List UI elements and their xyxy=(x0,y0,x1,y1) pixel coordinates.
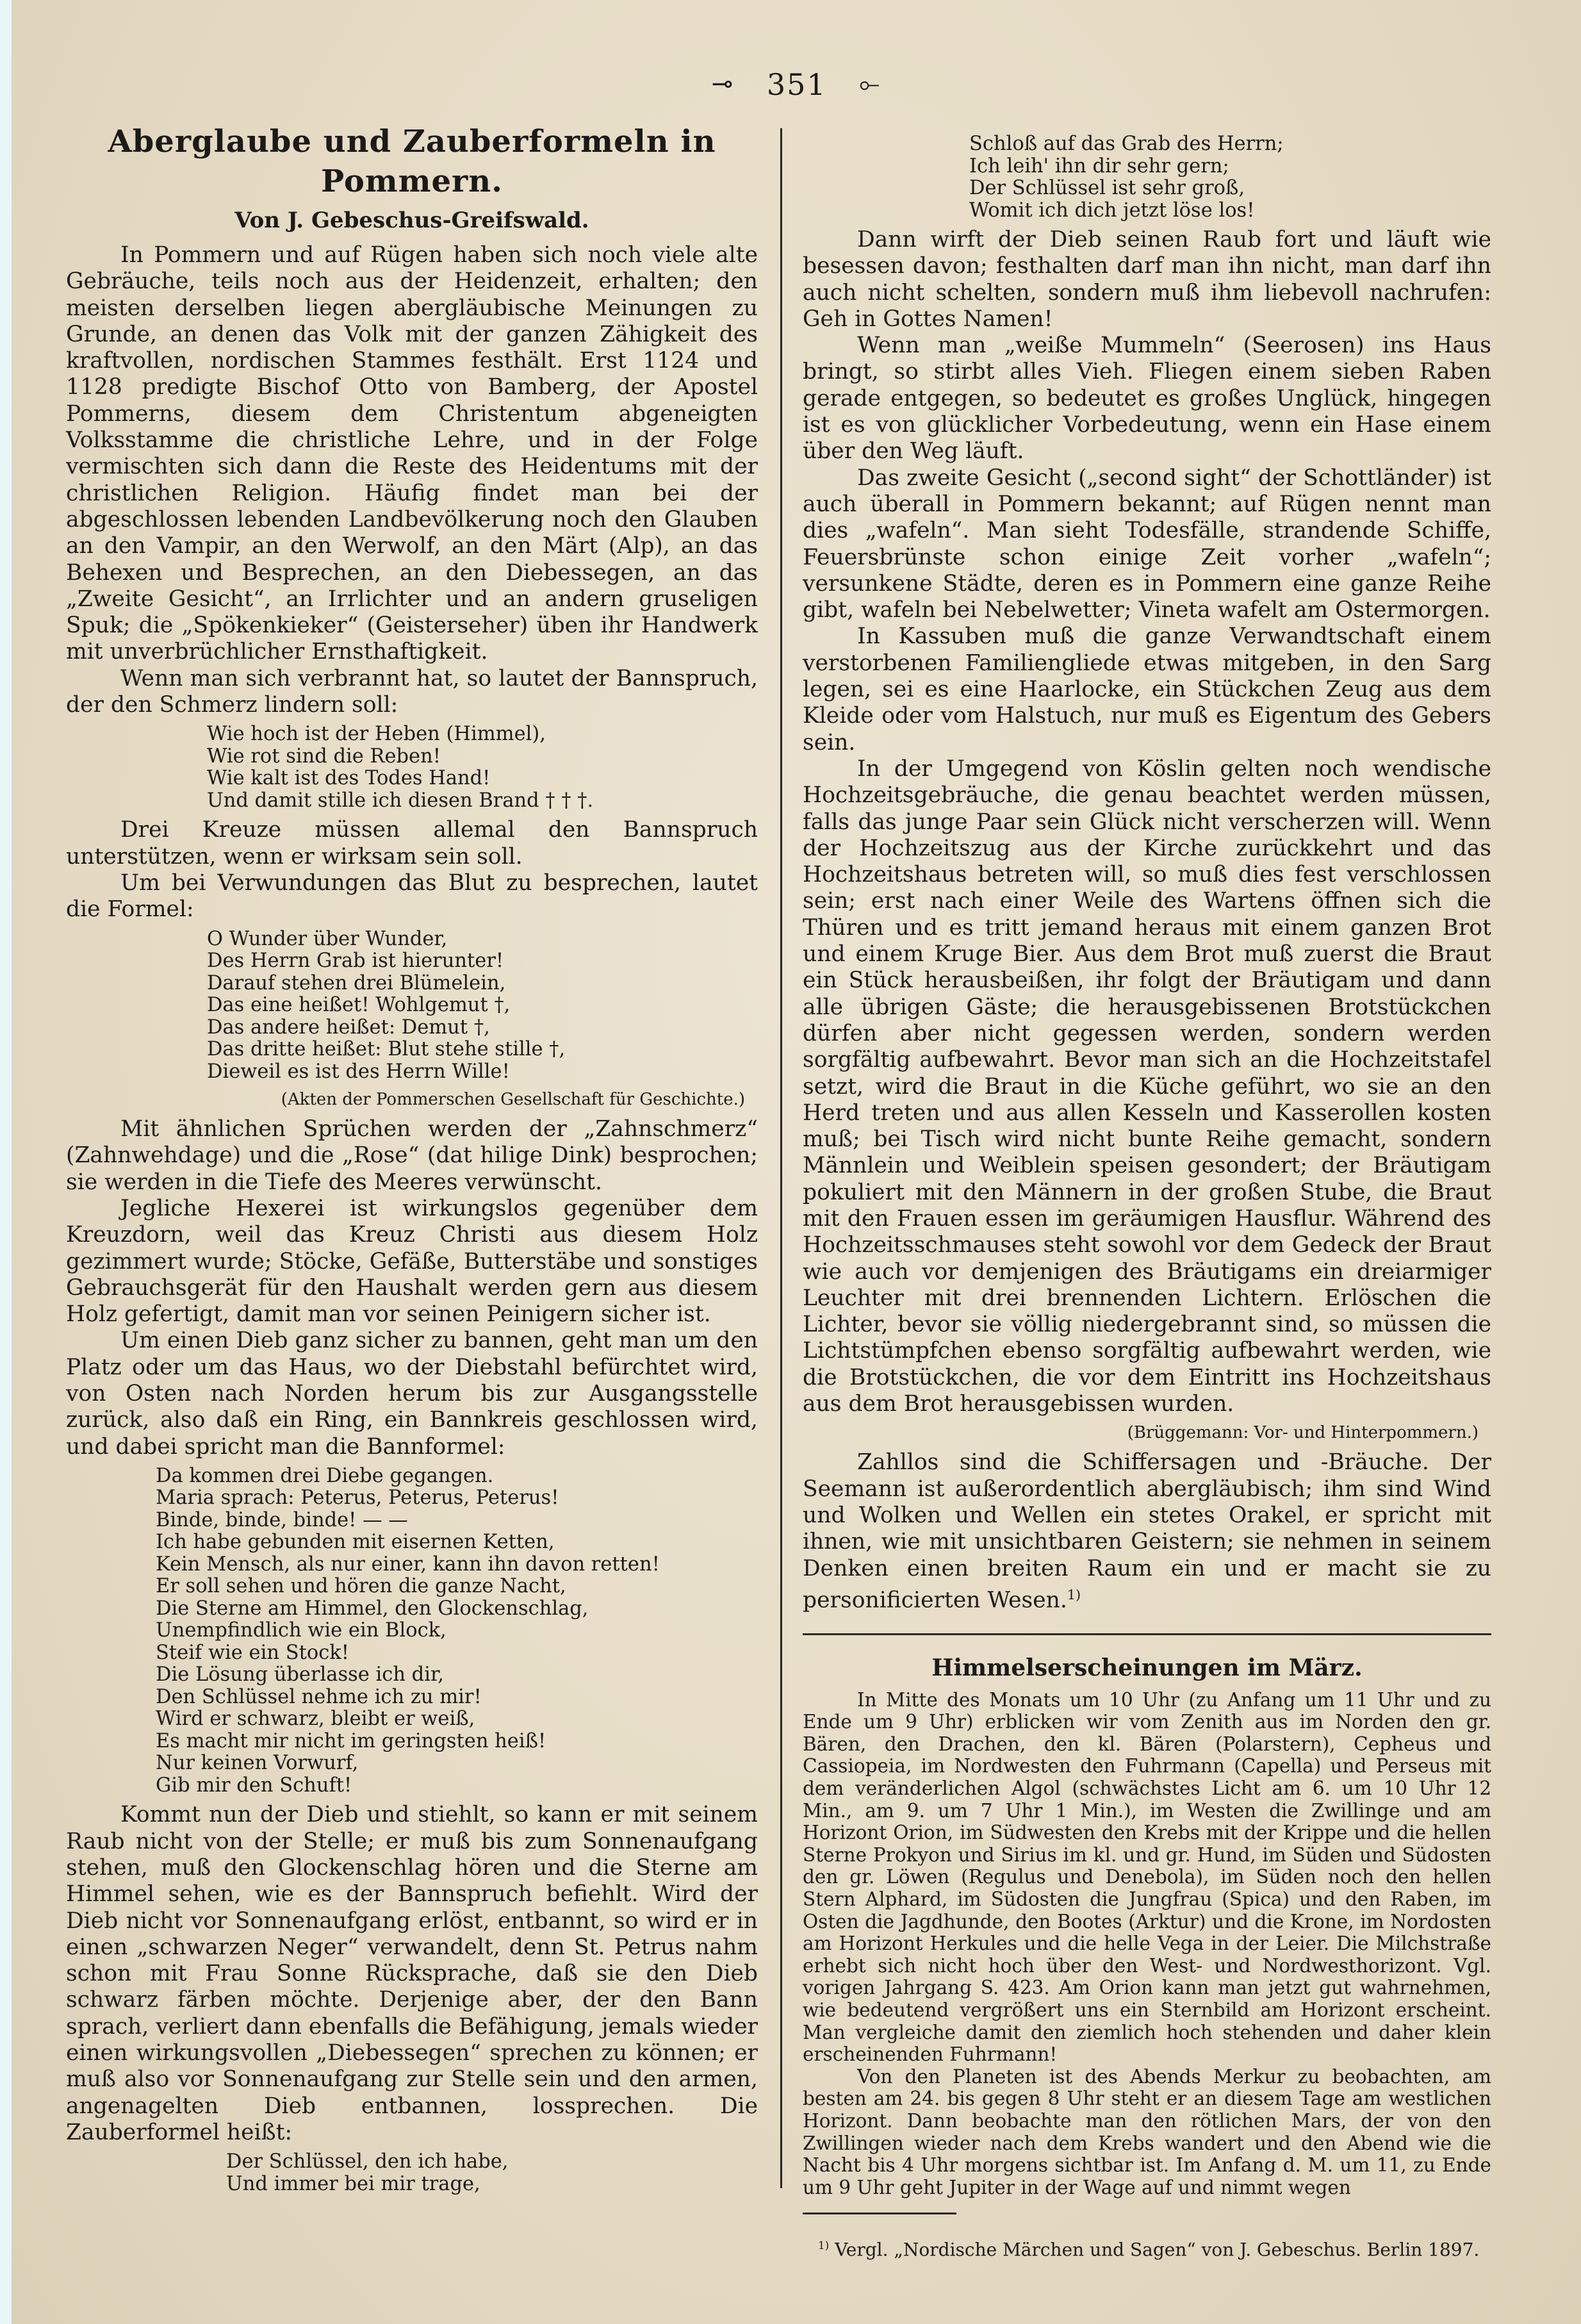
paragraph: Um einen Dieb ganz sicher zu bannen, geh… xyxy=(66,1328,758,1460)
verse-line: Wie kalt ist des Todes Hand! xyxy=(207,768,758,790)
paragraph: Mit ähnlichen Sprüchen werden der „Zahns… xyxy=(66,1116,758,1196)
article-title: Aberglaube und Zauberformeln in Pommern. xyxy=(66,122,758,201)
verse-line: Das andere heißet: Demut †, xyxy=(207,1017,758,1039)
section-divider xyxy=(803,1633,1491,1635)
verse-line: Womit ich dich jetzt löse los! xyxy=(969,200,1491,222)
newspaper-page: ⊸ 351 ⟜ Aberglaube und Zauberformeln in … xyxy=(12,0,1581,2324)
paragraph: Wenn man „weiße Mummeln“ (Seerosen) ins … xyxy=(803,333,1491,465)
verse-line: Maria sprach: Peterus, Peterus, Peterus! xyxy=(156,1487,758,1510)
page-header: ⊸ 351 ⟜ xyxy=(12,67,1581,102)
column-divider xyxy=(780,128,782,2188)
verse-line: Die Lösung überlasse ich dir, xyxy=(156,1664,758,1686)
verse-line: Und damit stille ich diesen Brand † † †. xyxy=(207,790,758,812)
section-title: Himmelserscheinungen im März. xyxy=(803,1653,1491,1683)
paragraph: Um bei Verwundungen das Blut zu besprech… xyxy=(66,870,758,923)
verse-line: O Wunder über Wunder, xyxy=(207,928,758,951)
paragraph: Jegliche Hexerei ist wirkungslos gegenüb… xyxy=(66,1196,758,1328)
verse-line: Er soll sehen und hören die ganze Nacht, xyxy=(156,1576,758,1598)
source-citation: (Akten der Pommerschen Gesellschaft für … xyxy=(66,1088,745,1111)
paragraph: Dann wirft der Dieb seinen Raub fort und… xyxy=(803,227,1491,333)
verse-line: Den Schlüssel nehme ich zu mir! xyxy=(156,1686,758,1709)
verse-line: Der Schlüssel, den ich habe, xyxy=(226,2151,758,2173)
verse-line: Es macht mir nicht im geringsten heiß! xyxy=(156,1731,758,1753)
ornament-right-icon: ⟜ xyxy=(859,69,881,99)
verse-line: Das eine heißet! Wohlgemut †, xyxy=(207,994,758,1017)
verse-line: Da kommen drei Diebe gegangen. xyxy=(156,1465,758,1488)
paragraph: Von den Planeten ist des Abends Merkur z… xyxy=(803,2066,1491,2199)
verse-line: Steif wie ein Stock! xyxy=(156,1642,758,1665)
footnote-text: Vergl. „Nordische Märchen und Sagen“ von… xyxy=(835,2239,1479,2261)
paragraph: Drei Kreuze müssen allemal den Bannspruc… xyxy=(66,817,758,870)
left-column: Aberglaube und Zauberformeln in Pommern.… xyxy=(66,122,758,2200)
footnote-reference[interactable]: 1) xyxy=(1067,1587,1081,1603)
footnote-divider xyxy=(803,2213,956,2214)
right-column: Schloß auf das Grab des Herrn; Ich leih'… xyxy=(803,133,1491,2262)
verse-thief-charm: Da kommen drei Diebe gegangen. Maria spr… xyxy=(66,1465,758,1797)
source-citation: (Brüggemann: Vor- und Hinterpommern.) xyxy=(803,1421,1479,1444)
verse-blood-charm: O Wunder über Wunder, Des Herrn Grab ist… xyxy=(66,928,758,1084)
verse-line: Die Sterne am Himmel, den Glockenschlag, xyxy=(156,1598,758,1620)
footnote-mark: 1) xyxy=(818,2239,829,2252)
verse-line: Ich habe gebunden mit eisernen Ketten, xyxy=(156,1531,758,1554)
verse-line: Wie hoch ist der Heben (Himmel), xyxy=(207,723,758,746)
paragraph: Das zweite Gesicht („second sight“ der S… xyxy=(803,465,1491,624)
verse-line: Darauf stehen drei Blümelein, xyxy=(207,973,758,995)
paragraph: Wenn man sich verbrannt hat, so lautet d… xyxy=(66,666,758,719)
page-number: 351 xyxy=(767,67,827,102)
footnote: 1) Vergl. „Nordische Märchen und Sagen“ … xyxy=(803,2234,1491,2261)
verse-line: Des Herrn Grab ist hierunter! xyxy=(207,950,758,973)
verse-line: Schloß auf das Grab des Herrn; xyxy=(969,133,1491,156)
paragraph: In Mitte des Monats um 10 Uhr (zu Anfang… xyxy=(803,1689,1491,2066)
paragraph: In der Umgegend von Köslin gelten noch w… xyxy=(803,756,1491,1417)
ornament-left-icon: ⊸ xyxy=(712,69,735,99)
article-byline: Von J. Gebeschus-Greifswald. xyxy=(66,208,758,233)
paragraph: Kommt nun der Dieb und stiehlt, so kann … xyxy=(66,1802,758,2146)
verse-line: Nur keinen Vorwurf, xyxy=(156,1752,758,1775)
verse-line: Binde, binde, binde! — — xyxy=(156,1510,758,1532)
verse-line: Das dritte heißet: Blut stehe stille †, xyxy=(207,1039,758,1061)
verse-line: Gib mir den Schuft! xyxy=(156,1775,758,1797)
verse-burn-charm: Wie hoch ist der Heben (Himmel), Wie rot… xyxy=(66,723,758,812)
paragraph: In Kassuben muß die ganze Verwandtschaft… xyxy=(803,623,1491,755)
verse-line: Der Schlüssel ist sehr groß, xyxy=(969,177,1491,200)
verse-line: Kein Mensch, als nur einer, kann ihn dav… xyxy=(156,1554,758,1576)
verse-line: Dieweil es ist des Herrn Wille! xyxy=(207,1061,758,1084)
verse-key-charm-continued: Schloß auf das Grab des Herrn; Ich leih'… xyxy=(803,133,1491,222)
paragraph: Zahllos sind die Schiffersagen und -Bräu… xyxy=(803,1449,1491,1613)
verse-line: Unempfindlich wie ein Block, xyxy=(156,1620,758,1642)
verse-line: Wird er schwarz, bleibt er weiß, xyxy=(156,1708,758,1731)
verse-key-charm-start: Der Schlüssel, den ich habe, Und immer b… xyxy=(66,2151,758,2195)
paragraph-text: Zahllos sind die Schiffersagen und -Bräu… xyxy=(803,1449,1491,1613)
verse-line: Und immer bei mir trage, xyxy=(226,2173,758,2196)
verse-line: Wie rot sind die Reben! xyxy=(207,746,758,768)
paragraph: In Pommern und auf Rügen haben sich noch… xyxy=(66,242,758,666)
verse-line: Ich leih' ihn dir sehr gern; xyxy=(969,156,1491,178)
